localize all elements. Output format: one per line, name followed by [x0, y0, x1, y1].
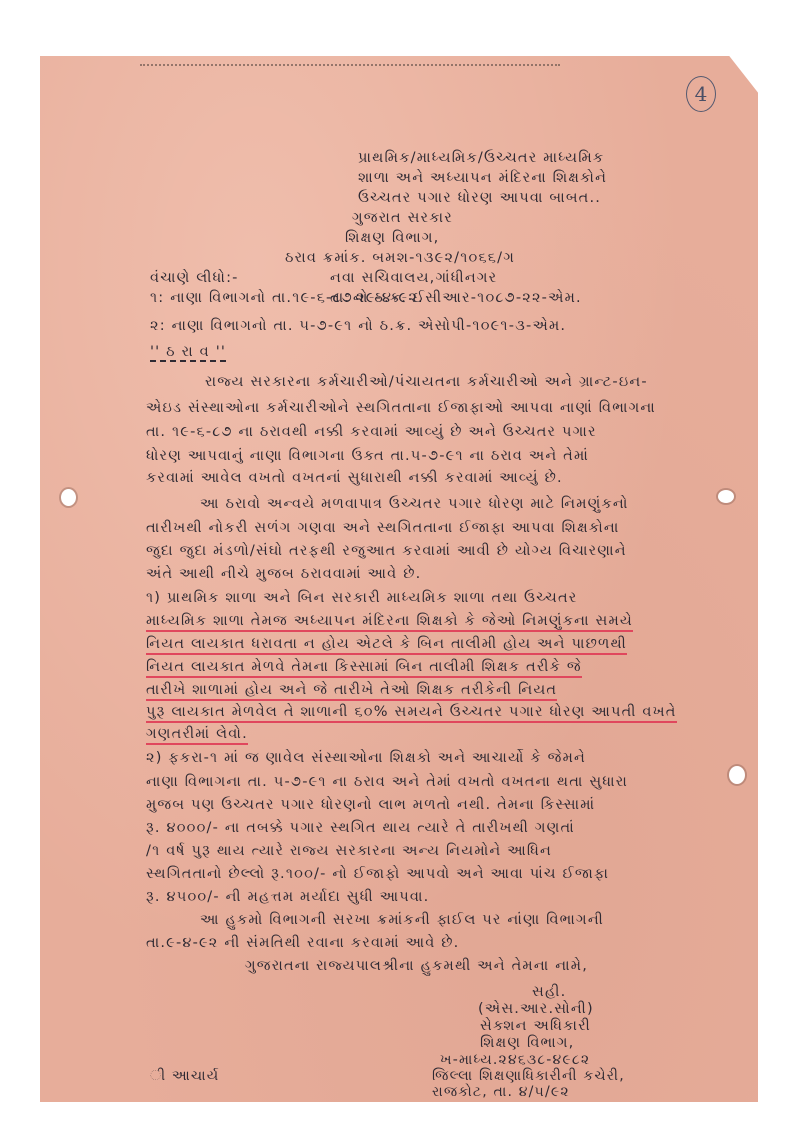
endorsement-place-date: રાજકોટ, તા. ૪/૫/૯૨: [432, 1084, 570, 1100]
governor-line: ગુજરાતના રાજ્યપાલશ્રીના હુકમથી અને તેમના…: [245, 958, 588, 974]
item-line-underlined: માધ્યમિક શાળા તેમજ અધ્યાપન મંદિરના શિક્ષ…: [146, 613, 633, 632]
office-address: નવા સચિવાલય,ગાંધીનગર: [330, 270, 497, 286]
closing-line: તા.૯-૪-૯૨ ની સંમતિથી રવાના કરવામાં આવે છ…: [146, 935, 460, 951]
department-name: શિક્ષણ વિભાગ,: [345, 230, 440, 246]
body-line: અંતે આથી નીચે મુજબ ઠરાવવામાં આવે છે.: [146, 566, 421, 582]
punch-hole-left: [61, 489, 76, 506]
body-line: તા. ૧૯-૬-૮૭ ના ઠરાવથી નક્કી કરવામાં આવ્ય…: [146, 424, 597, 440]
government-name: ગુજરાત સરકાર: [352, 210, 453, 226]
resolution-number: ઠરાવ ક્રમાંક. બમશ-૧૩૯૨/૧૦૬૬/ગ: [285, 250, 515, 266]
resolution-heading: '' ઠ રા વ '': [150, 344, 226, 362]
subject-line: શાળા અને અધ્યાપન મંદિરના શિક્ષકોને: [358, 170, 607, 186]
subject-line: ઉચ્ચતર પગાર ધોરણ આપવા બાબત..: [358, 190, 601, 206]
reference-item: ૨: નાણા વિભાગનો તા. ૫-૭-૯૧ નો ઠ.ક્ર. એસો…: [150, 318, 566, 334]
subject-line: પ્રાથમિક/માધ્યમિક/ઉચ્ચતર માધ્યમિક: [358, 150, 604, 166]
punch-hole-right-top: [718, 490, 734, 503]
item-line: મુજબ પણ ઉચ્ચતર પગાર ધોરણનો લાભ મળતો નથી.…: [146, 797, 595, 813]
page-number-circle: 4: [686, 76, 716, 112]
body-line: ધોરણ આપવાનું નાણા વિભાગના ઉક્ત તા.૫-૭-૯૧…: [146, 448, 589, 464]
item-line: રૂ. ૪૦૦૦/- ના તબક્કે પગાર સ્થગિત થાય ત્ય…: [146, 820, 575, 836]
signatory-designation: સેક્શન અધિકારી: [480, 1018, 591, 1034]
body-line: કરવામાં આવેલ વખતો વખતનાં સુધારાથી નક્કી …: [146, 470, 563, 486]
item-line: નાણા વિભાગના તા. ૫-૭-૯૧ ના ઠરાવ અને તેમા…: [146, 774, 628, 790]
item-line: સ્થગિતતાનો છેલ્લો રૂ.૧૦૦/- નો ઈજાફો આપવો…: [146, 866, 609, 882]
item-line-underlined: તારીખે શાળામાં હોય અને જે તારીખે તેઓ શિક…: [146, 682, 557, 701]
body-line: રાજ્ય સરકારના કર્મચારીઓ/પંચાયતના કર્મચાર…: [205, 374, 648, 390]
references-label: વંચાણે લીધો:-: [150, 270, 239, 286]
item-line-underlined: પુરૂ લાયકાત મેળવેલ તે શાળાની ૬૦% સમયને ઉ…: [146, 704, 677, 723]
signed-mark: સહી.: [532, 984, 566, 1000]
body-line: જુદા જુદા મંડળો/સંઘો તરફથી રજુઆત કરવામાં…: [146, 543, 627, 559]
item-line-underlined: નિયત લાયકાત ધરાવતા ન હોય એટલે કે બિન તાલ…: [146, 636, 627, 655]
endorsement-ref: ખ-માધ્ય.૨૪૬૩૮-૪૯૮૨: [440, 1052, 590, 1068]
item-line: ૧) પ્રાથમિક શાળા અને બિન સરકારી માધ્યમિક…: [146, 590, 577, 606]
item-line-underlined: ગણતરીમાં લેવો.: [146, 726, 248, 745]
reference-item: ૧: નાણા વિભાગનો તા.૧૯-૬-૮૭નો ઠ.ક્ર. ઈસીઆ…: [150, 290, 582, 306]
recipient-line: ી આચાર્ય: [150, 1068, 219, 1084]
body-line: આ ઠરાવો અન્વયે મળવાપાત્ર ઉચ્ચતર પગાર ધોર…: [200, 496, 629, 512]
item-line: રૂ. ૪૫૦૦/- ની મહત્તમ મર્યાદા સુધી આપવા.: [146, 889, 429, 905]
closing-line: આ હુકમો વિભાગની સરખા ક્રમાંકની ફાઈલ પર ન…: [200, 912, 604, 928]
body-line: એઇડ સંસ્થાઓના કર્મચારીઓને સ્થગિતતાના ઈજા…: [146, 400, 656, 416]
body-line: તારીખથી નોકરી સળંગ ગણવા અને સ્થગિતતાના ઈ…: [146, 520, 620, 536]
top-edge-scribble: [140, 64, 560, 70]
item-line-underlined: નિયત લાયકાત મેળવે તેમના કિસ્સામાં બિન તા…: [146, 659, 582, 678]
endorsement-office: જિલ્લા શિક્ષણાધિકારીની કચેરી,: [432, 1068, 625, 1084]
signatory-name: (એસ.આર.સોની): [478, 1001, 594, 1017]
signatory-department: શિક્ષણ વિભાગ,: [480, 1035, 575, 1051]
punch-hole-right-bottom: [729, 766, 745, 784]
item-line: /૧ વર્ષ પુરૂ થાય ત્યારે રાજ્ય સરકારના અન…: [146, 843, 552, 859]
item-line: ૨) ફકરા-૧ માં જ ણાવેલ સંસ્થાઓના શિક્ષકો …: [146, 750, 586, 766]
